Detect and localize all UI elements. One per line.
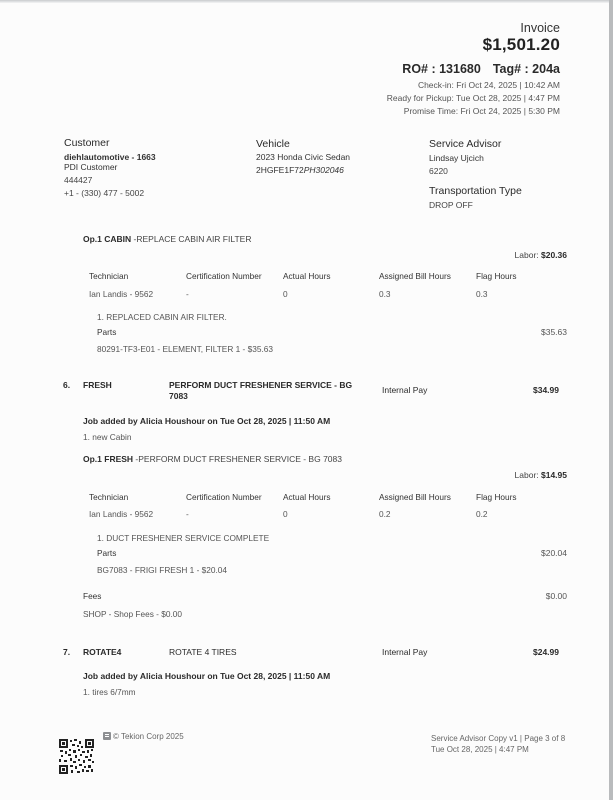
customer-phone: +1 - (330) 477 - 5002 [64, 188, 144, 198]
cell-technician: Ian Landis - 9562 [89, 509, 153, 519]
copyright: © Tekion Corp 2025 [103, 732, 184, 741]
job-fees-total: $0.00 [546, 591, 567, 601]
th-assigned-bill-hours: Assigned Bill Hours [379, 271, 451, 281]
invoice-title: Invoice [520, 21, 560, 35]
promise-time: Promise Time: Fri Oct 24, 2025 | 5:30 PM [404, 106, 560, 116]
cell-technician: Ian Landis - 9562 [89, 289, 153, 299]
job-parts-label: Parts [97, 548, 116, 558]
job-labor: Labor: $14.95 [515, 470, 567, 480]
th-actual-hours: Actual Hours [283, 492, 331, 502]
th-assigned-bill-hours: Assigned Bill Hours [379, 492, 451, 502]
cell-actual-hours: 0 [283, 289, 288, 299]
job-description-cont: 7083 [169, 391, 188, 401]
job-number: 7. [63, 647, 70, 657]
job-description: PERFORM DUCT FRESHENER SERVICE - BG [169, 380, 352, 390]
th-certification: Certification Number [186, 492, 262, 502]
customer-title: Customer [64, 137, 110, 149]
vin-suffix: PH302046 [304, 165, 344, 175]
ro-number: RO# : 131680 [402, 62, 481, 76]
cell-certification: - [186, 289, 189, 299]
transportation-title: Transportation Type [429, 185, 522, 197]
vin-prefix: 2HGFE1F72 [256, 165, 304, 175]
cabin-labor: Labor: $20.36 [515, 250, 567, 260]
th-actual-hours: Actual Hours [283, 271, 331, 281]
tag-number: Tag# : 204a [493, 62, 560, 76]
job-op-title: Op.1 FRESH -PERFORM DUCT FRESHENER SERVI… [83, 454, 342, 464]
job-parts-total: $20.04 [541, 548, 567, 558]
advisor-id: 6220 [429, 166, 448, 176]
job-concern: 1. new Cabin [83, 432, 131, 442]
job-pay-type: Internal Pay [382, 385, 427, 395]
cell-certification: - [186, 509, 189, 519]
cell-flag-hours: 0.2 [476, 509, 488, 519]
cabin-parts-total: $35.63 [541, 327, 567, 337]
job-pay-type: Internal Pay [382, 647, 427, 657]
th-flag-hours: Flag Hours [476, 492, 517, 502]
vehicle-vin: 2HGFE1F72PH302046 [256, 165, 344, 175]
vehicle-description: 2023 Honda Civic Sedan [256, 152, 350, 162]
th-certification: Certification Number [186, 271, 262, 281]
job-amount: $34.99 [533, 385, 559, 395]
ro-tag-line: RO# : 131680Tag# : 204a [402, 62, 560, 76]
job-code: FRESH [83, 380, 112, 390]
job-story: 1. DUCT FRESHENER SERVICE COMPLETE [97, 533, 269, 543]
check-in-time: Check-in: Fri Oct 24, 2025 | 10:42 AM [418, 80, 560, 90]
job-number: 6. [63, 380, 70, 390]
invoice-total: $1,501.20 [483, 35, 560, 55]
qr-code-icon [59, 739, 94, 774]
th-technician: Technician [89, 492, 128, 502]
job-added-by: Job added by Alicia Houshour on Tue Oct … [83, 416, 330, 426]
cell-actual-hours: 0 [283, 509, 288, 519]
cell-assigned-bill-hours: 0.3 [379, 289, 391, 299]
cell-flag-hours: 0.3 [476, 289, 488, 299]
tekion-logo-icon [103, 732, 111, 740]
vehicle-title: Vehicle [256, 138, 290, 150]
job-added-by: Job added by Alicia Houshour on Tue Oct … [83, 671, 330, 681]
transportation-value: DROP OFF [429, 200, 473, 210]
job-part-line: BG7083 - FRIGI FRESH 1 - $20.04 [97, 565, 227, 575]
customer-id: 444427 [64, 175, 92, 185]
job-concern: 1. tires 6/7mm [83, 687, 136, 697]
advisor-name: Lindsay Ujcich [429, 153, 484, 163]
job-amount: $24.99 [533, 647, 559, 657]
copyright-text: © Tekion Corp 2025 [113, 732, 184, 741]
customer-type: PDI Customer [64, 162, 117, 172]
printed-time: Tue Oct 28, 2025 | 4:47 PM [431, 745, 529, 754]
cabin-story: 1. REPLACED CABIN AIR FILTER. [97, 312, 227, 322]
job-code: ROTATE4 [83, 647, 121, 657]
advisor-title: Service Advisor [429, 138, 501, 150]
job-fee-line: SHOP - Shop Fees - $0.00 [83, 609, 182, 619]
copy-info: Service Advisor Copy v1 | Page 3 of 8 [431, 734, 565, 743]
job-fees-label: Fees [83, 591, 101, 601]
cabin-parts-label: Parts [97, 327, 116, 337]
th-flag-hours: Flag Hours [476, 271, 517, 281]
page-top-edge [0, 0, 613, 3]
th-technician: Technician [89, 271, 128, 281]
customer-name: diehlautomotive - 1663 [64, 152, 156, 162]
ready-for-pickup-time: Ready for Pickup: Tue Oct 28, 2025 | 4:4… [387, 93, 560, 103]
job-description: ROTATE 4 TIRES [169, 647, 237, 657]
cell-assigned-bill-hours: 0.2 [379, 509, 391, 519]
cabin-part-line: 80291-TF3-E01 - ELEMENT, FILTER 1 - $35.… [97, 344, 273, 354]
page-right-edge [609, 0, 613, 800]
cabin-op-title: Op.1 CABIN -REPLACE CABIN AIR FILTER [83, 234, 251, 244]
